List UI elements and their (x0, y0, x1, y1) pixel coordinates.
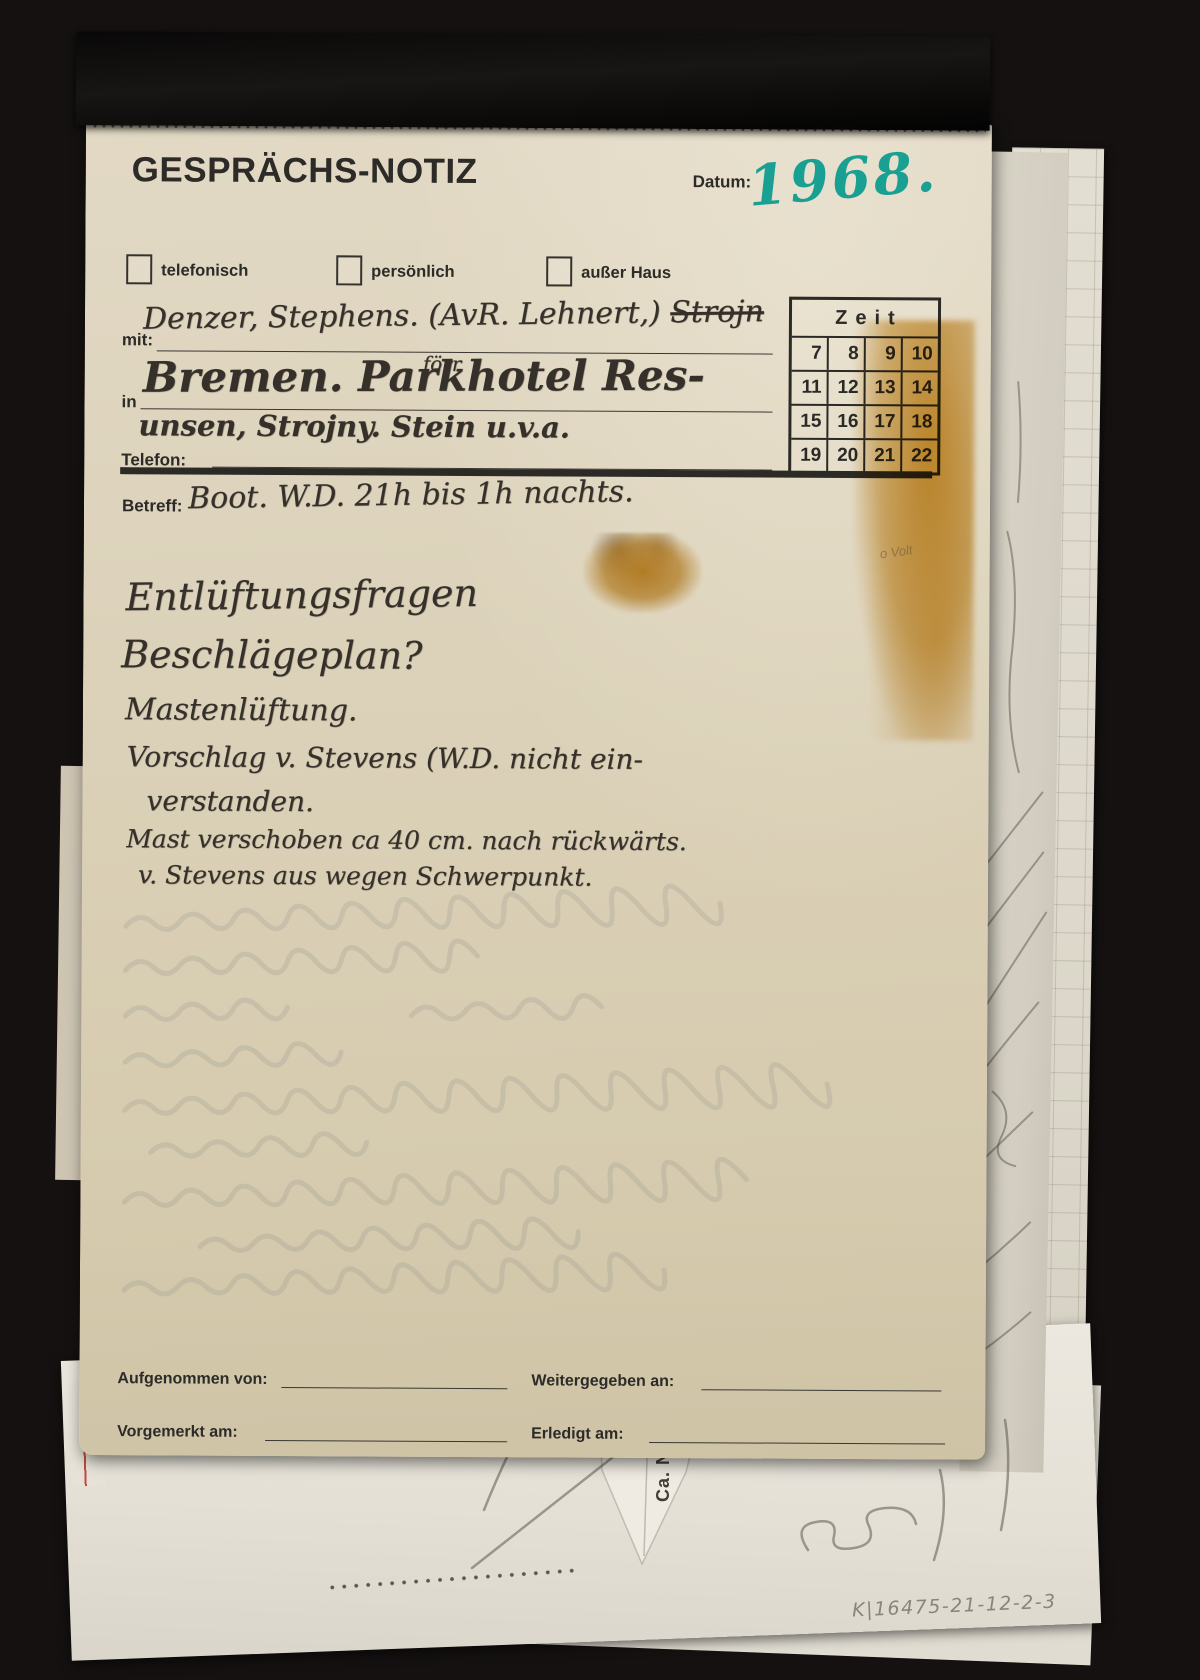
weitergegeben-label: Weitergegeben an: (531, 1372, 674, 1391)
aufgenommen-label: Aufgenommen von: (117, 1370, 267, 1389)
gespraechsnotiz-form: GESPRÄCHS-NOTIZ Datum: 1968. telefonisch… (79, 120, 992, 1460)
ghost-writing (79, 120, 992, 1460)
scanned-document-photo: Ca. N K|16475-21-12-2-3 GESPRÄCHS-NOTIZ … (0, 0, 1200, 1680)
erledigt-label: Erledigt am: (531, 1425, 624, 1443)
vorgemerkt-label: Vorgemerkt am: (117, 1423, 238, 1442)
notepad-binding (76, 31, 991, 131)
